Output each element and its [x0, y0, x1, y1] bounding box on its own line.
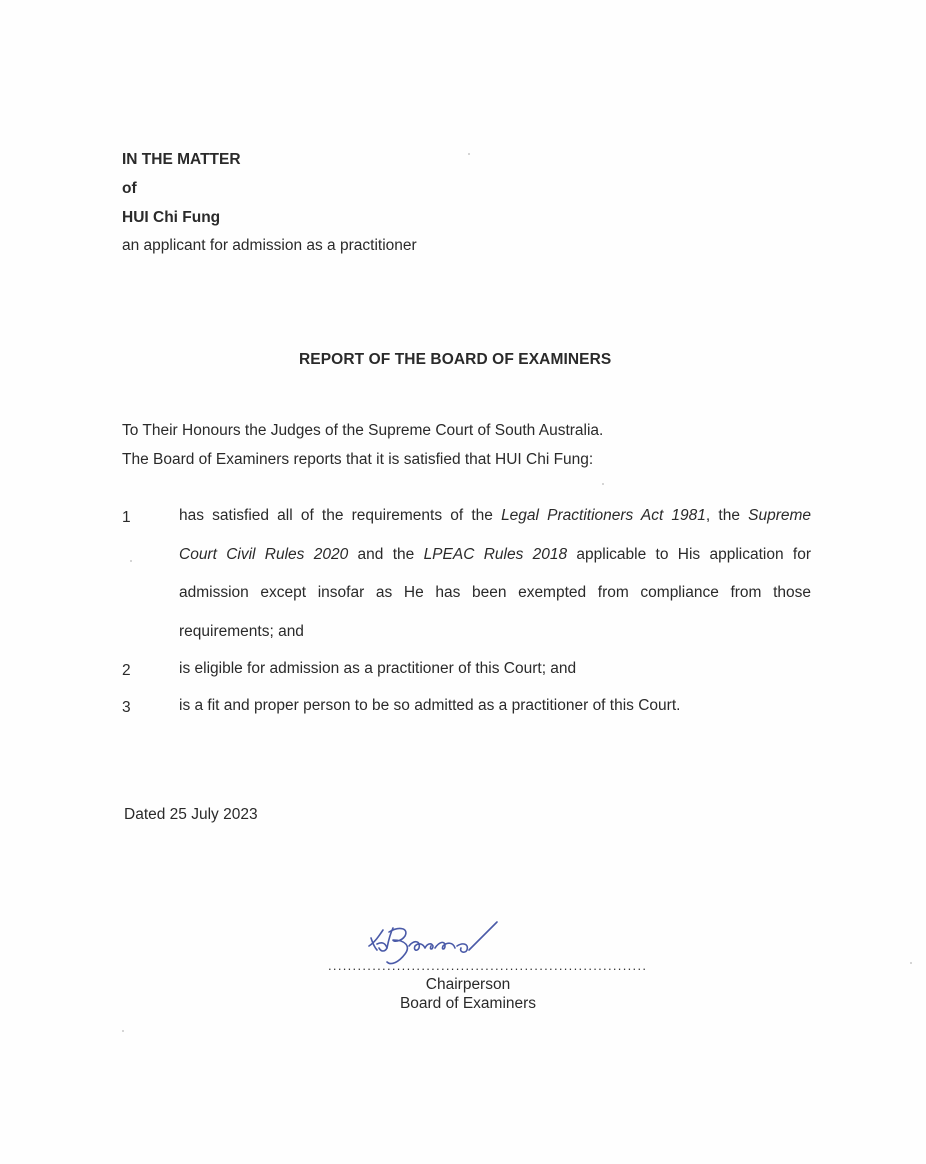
signatory-body: Board of Examiners — [368, 995, 568, 1013]
item-text-line: requirements; and — [179, 623, 304, 641]
item-text-line: Court Civil Rules 2020 and the LPEAC Rul… — [179, 546, 811, 564]
signature-line: ........................................… — [328, 958, 647, 973]
item-text-segment: and the — [348, 546, 423, 563]
item-number: 1 — [122, 509, 131, 527]
address-line: To Their Honours the Judges of the Supre… — [122, 422, 603, 440]
item-text-segment: requirements; and — [179, 623, 304, 640]
document-page: IN THE MATTER of HUI Chi Fung an applica… — [0, 0, 926, 1164]
scan-speck — [910, 962, 912, 964]
signatory-role: Chairperson — [368, 976, 568, 994]
matter-of: of — [122, 180, 137, 198]
item-text-segment: is eligible for admission as a practitio… — [179, 660, 576, 677]
citation-text: Court Civil Rules 2020 — [179, 546, 348, 563]
scan-speck — [468, 153, 470, 155]
item-text-segment: has satisfied all of the requirements of… — [179, 507, 501, 524]
item-text-segment: admission except insofar as He has been … — [179, 584, 811, 601]
scan-speck — [130, 560, 132, 562]
dated-line: Dated 25 July 2023 — [124, 806, 258, 824]
matter-heading: IN THE MATTER — [122, 151, 241, 169]
applicant-description: an applicant for admission as a practiti… — [122, 237, 417, 255]
item-text-line: is eligible for admission as a practitio… — [179, 660, 576, 678]
item-text-line: admission except insofar as He has been … — [179, 584, 811, 602]
citation-text: Legal Practitioners Act 1981 — [501, 507, 706, 524]
item-text-segment: , the — [706, 507, 748, 524]
citation-text: LPEAC Rules 2018 — [424, 546, 568, 563]
citation-text: Supreme — [748, 507, 811, 524]
item-text-segment: applicable to His application for — [567, 546, 811, 563]
intro-line: The Board of Examiners reports that it i… — [122, 451, 593, 469]
item-text-line: is a fit and proper person to be so admi… — [179, 697, 680, 715]
scan-speck — [122, 1030, 124, 1032]
item-number: 3 — [122, 699, 131, 717]
scan-speck — [602, 483, 604, 485]
item-text-line: has satisfied all of the requirements of… — [179, 507, 811, 525]
report-title: REPORT OF THE BOARD OF EXAMINERS — [299, 351, 611, 369]
item-number: 2 — [122, 662, 131, 680]
applicant-name: HUI Chi Fung — [122, 209, 220, 227]
item-text-segment: is a fit and proper person to be so admi… — [179, 697, 680, 714]
